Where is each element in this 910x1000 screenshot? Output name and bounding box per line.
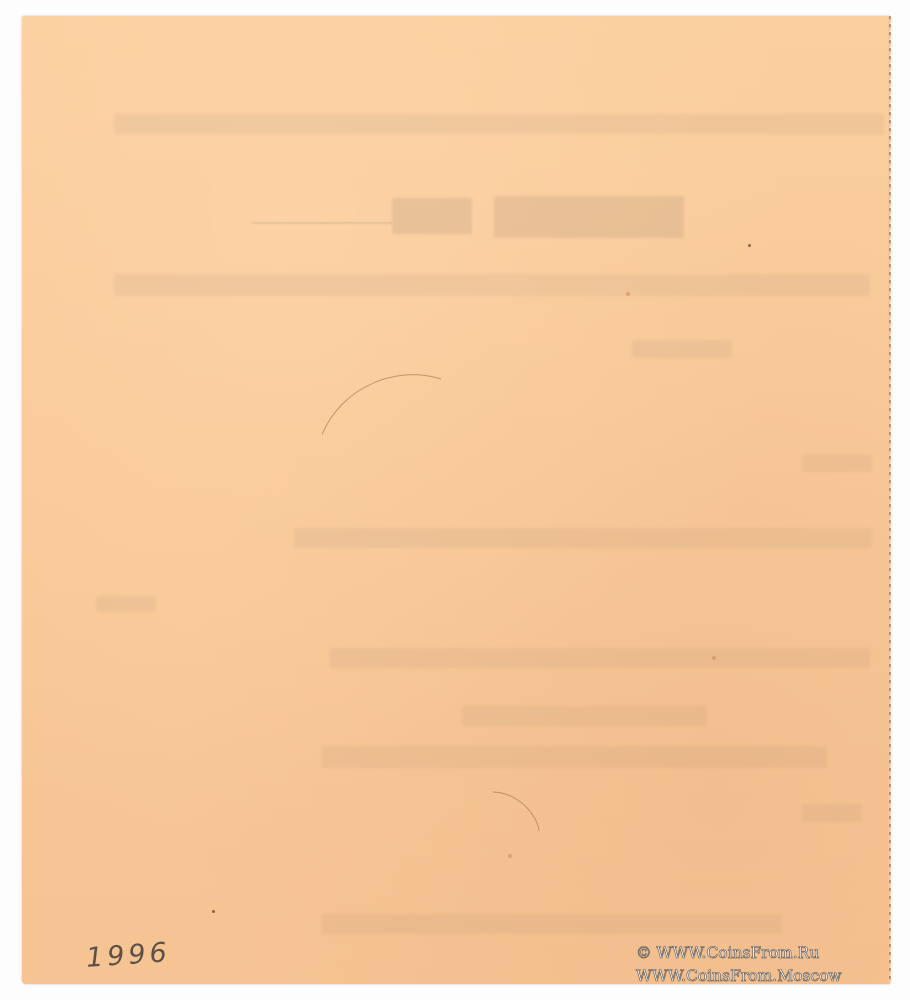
show-through-field-3 — [96, 596, 156, 612]
perforated-edge-shadow — [889, 16, 891, 984]
paper-speck — [712, 656, 716, 660]
show-through-title-number — [392, 198, 472, 234]
show-through-small-line — [632, 340, 732, 358]
watermark: © WWW.CoinsFrom.Ru WWW.CoinsFrom.Moscow — [636, 942, 842, 988]
show-through-field-1 — [802, 454, 872, 472]
paper-speck — [508, 854, 512, 858]
show-through-subtitle-line — [114, 274, 870, 296]
paper-speck — [748, 244, 751, 247]
show-through-field-5 — [462, 706, 707, 726]
watermark-line-2: WWW.CoinsFrom.Moscow — [636, 965, 842, 988]
document-sheet — [22, 16, 890, 984]
handwritten-year: 1996 — [85, 937, 172, 974]
paper-fiber — [452, 777, 555, 877]
show-through-title — [494, 196, 684, 238]
show-through-field-6 — [322, 746, 827, 768]
show-through-number-underline — [252, 222, 392, 224]
show-through-field-4 — [330, 648, 870, 668]
show-through-header-line — [114, 114, 884, 134]
show-through-footer-line — [322, 914, 782, 934]
paper-speck — [212, 910, 215, 913]
paper-speck — [626, 292, 630, 296]
show-through-field-7 — [802, 804, 862, 822]
watermark-line-1: © WWW.CoinsFrom.Ru — [636, 942, 842, 965]
